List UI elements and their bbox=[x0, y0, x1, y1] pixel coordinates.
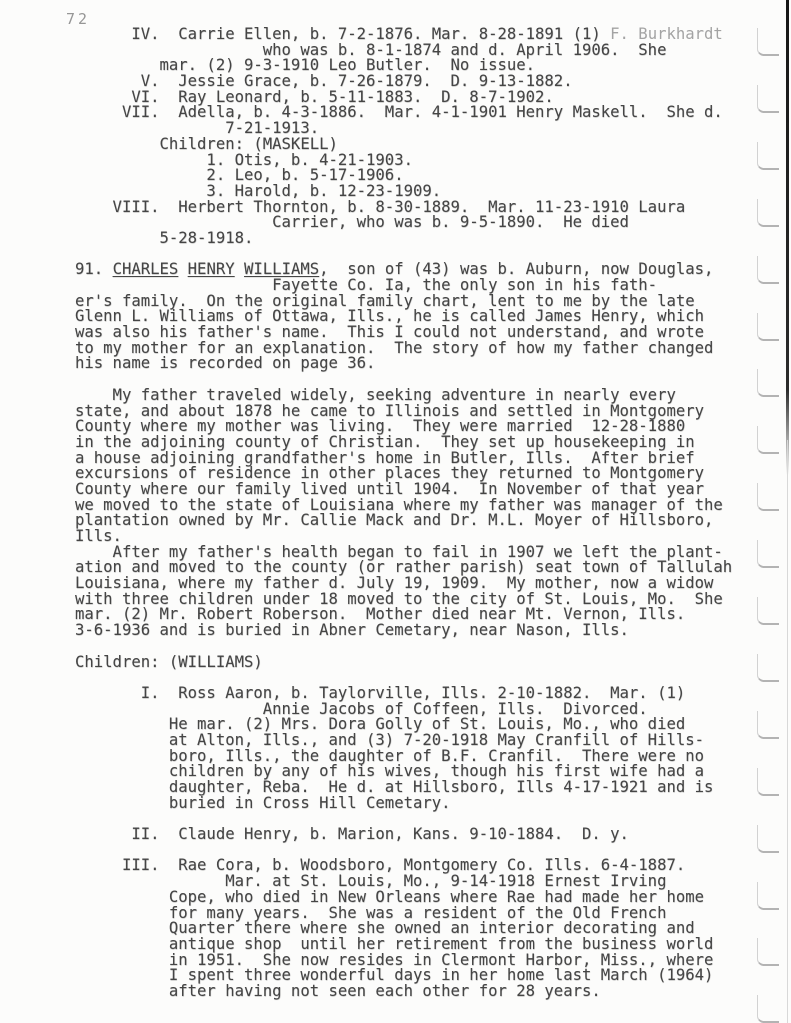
text-span: Children: (WILLIAMS) bbox=[75, 653, 263, 671]
document-text: IV. Carrie Ellen, b. 7-2-1876. Mar. 8-28… bbox=[75, 27, 775, 1000]
text-line: II. Claude Henry, b. Marion, Kans. 9-10-… bbox=[75, 827, 775, 843]
text-span: plantation owned by Mr. Callie Mack and … bbox=[75, 511, 713, 529]
text-span: 3-6-1936 and is buried in Abner Cemetary… bbox=[75, 621, 629, 639]
page-edge-line bbox=[786, 0, 789, 475]
text-span: II. Claude Henry, b. Marion, Kans. 9-10-… bbox=[75, 825, 629, 843]
text-line: buried in Cross Hill Cemetary. bbox=[75, 796, 775, 812]
text-span: 5-28-1918. bbox=[75, 229, 253, 247]
text-line: plantation owned by Mr. Callie Mack and … bbox=[75, 513, 775, 529]
text-span: after having not seen each other for 28 … bbox=[75, 982, 601, 1000]
text-line: his name is recorded on page 36. bbox=[75, 356, 775, 372]
text-span: his name is recorded on page 36. bbox=[75, 354, 375, 372]
text-line: after having not seen each other for 28 … bbox=[75, 984, 775, 1000]
text-line: 5-28-1918. bbox=[75, 231, 775, 247]
text-line: Children: (WILLIAMS) bbox=[75, 655, 775, 671]
document-page: 72 IV. Carrie Ellen, b. 7-2-1876. Mar. 8… bbox=[0, 0, 791, 1023]
text-line: 3-6-1936 and is buried in Abner Cemetary… bbox=[75, 623, 775, 639]
text-span: buried in Cross Hill Cemetary. bbox=[75, 794, 451, 812]
page-edge-line-light bbox=[787, 440, 788, 1023]
